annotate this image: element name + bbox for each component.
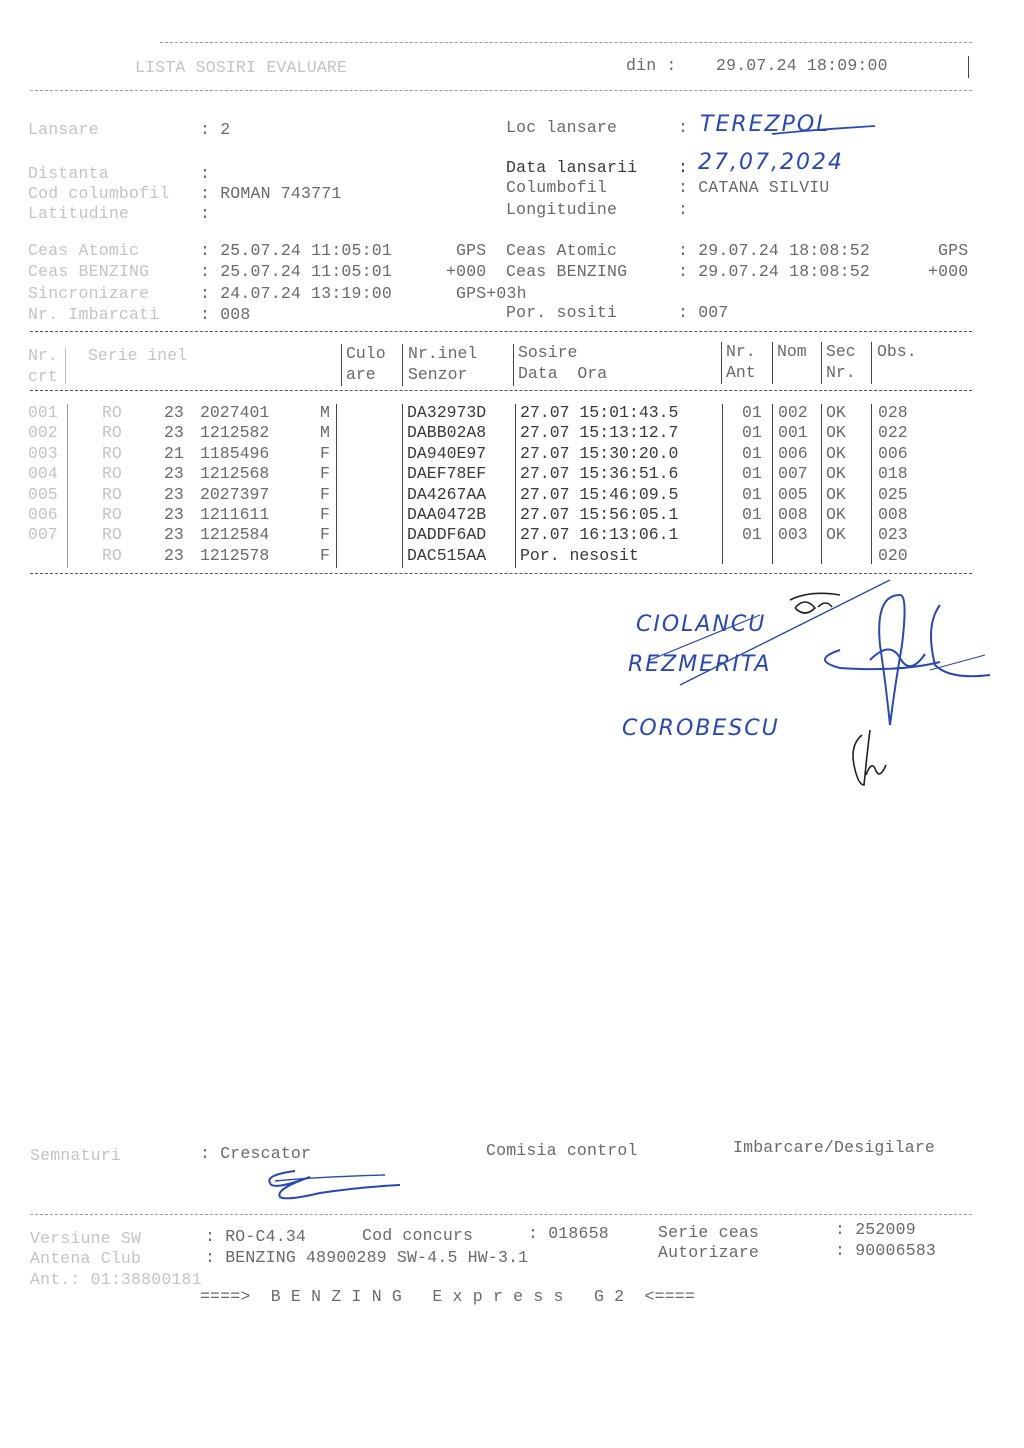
report-title: LISTA SOSIRI EVALUARE [135, 58, 347, 78]
sincronizare-suffix: GPS+03h [456, 284, 527, 304]
header-nr-ant: Nr.Ant [726, 342, 756, 383]
header-top-rule [160, 42, 972, 43]
data-lansarii-colon: : [678, 158, 688, 178]
por-sositi-value: : 007 [678, 303, 729, 323]
nr-imbarcati-value: : 008 [200, 305, 251, 325]
cell-nr: 005 [28, 485, 58, 506]
cell-senzor: DA32973D [407, 403, 486, 424]
columbofil-label: Columbofil [506, 178, 607, 198]
por-sositi-label: Por. sositi [506, 303, 617, 323]
cell-ant: 01 [742, 485, 762, 506]
cell-sex: F [320, 464, 330, 485]
antena-club-label: Antena Club [30, 1249, 141, 1269]
cell-an: 23 [164, 423, 184, 444]
cell-sex: F [320, 505, 330, 526]
crescator-signature-icon [255, 1165, 405, 1200]
lansare-value: : 2 [200, 120, 230, 140]
cell-an: 23 [164, 505, 184, 526]
cell-ant: 01 [742, 423, 762, 444]
cell-tara: RO [102, 423, 122, 444]
cell-ant: 01 [742, 403, 762, 424]
cell-nr: 001 [28, 403, 58, 424]
longitudine-value: : [678, 200, 688, 220]
table-bottom-rule [30, 573, 972, 574]
cell-an: 23 [164, 485, 184, 506]
cell-an: 23 [164, 403, 184, 424]
header-sep [871, 342, 872, 384]
cell-obs: 008 [878, 505, 908, 526]
cell-an: 23 [164, 464, 184, 485]
cell-ant: 01 [742, 444, 762, 465]
header-sec-nr: SecNr. [826, 342, 856, 383]
cell-sosire: 27.07 15:46:09.5 [520, 485, 678, 506]
cell-nr: 004 [28, 464, 58, 485]
header-sep [513, 344, 514, 386]
columbofil-value: : CATANA SILVIU [678, 178, 830, 198]
cell-obs: 006 [878, 444, 908, 465]
antena-id: Ant.: 01:38800181 [30, 1270, 202, 1290]
body-sep [402, 404, 403, 568]
ceas-benzing-start-value: : 25.07.24 11:05:01 [200, 262, 392, 282]
cell-senzor: DAEF78EF [407, 464, 486, 485]
header-sep [65, 348, 66, 384]
header-senzor: Nr.inelSenzor [408, 344, 477, 385]
cell-ant: 01 [742, 505, 762, 526]
cell-senzor: DABB02A8 [407, 423, 486, 444]
ceas-atomic-start-label: Ceas Atomic [28, 241, 139, 261]
loc-lansare-colon: : [678, 118, 688, 138]
cell-senzor: DA940E97 [407, 444, 486, 465]
cell-sosire: 27.07 15:01:43.5 [520, 403, 678, 424]
distanta-label: Distanta [28, 164, 109, 184]
body-sep [821, 404, 822, 564]
cell-sosire: 27.07 15:13:12.7 [520, 423, 678, 444]
body-sep [871, 404, 872, 564]
imbarcare-desigilare-label: Imbarcare/Desigilare [733, 1138, 935, 1158]
cell-tara: RO [102, 525, 122, 546]
ceas-benzing-start-label: Ceas BENZING [28, 262, 149, 282]
autorizare-value: : 90006583 [835, 1241, 936, 1261]
cell-inel: 1212582 [200, 423, 269, 444]
header-nr: Nr.crt [28, 346, 58, 387]
longitudine-label: Longitudine [506, 200, 617, 220]
cell-senzor: DAC515AA [407, 546, 486, 567]
cell-sosire: 27.07 15:30:20.0 [520, 444, 678, 465]
header-sep [821, 342, 822, 384]
table-header-rule [30, 390, 972, 391]
cell-nr: 002 [28, 423, 58, 444]
cell-ant: 01 [742, 464, 762, 485]
cell-sec: OK [826, 485, 846, 506]
din-label: din : [626, 56, 677, 76]
cell-an: 21 [164, 444, 184, 465]
ceas-benzing-end-suffix: +000 [928, 262, 968, 282]
cell-sec: OK [826, 525, 846, 546]
body-sep [67, 404, 68, 568]
cell-sosire: 27.07 15:56:05.1 [520, 505, 678, 526]
cell-inel: 2027397 [200, 485, 269, 506]
cell-sec: OK [826, 464, 846, 485]
cell-nom: 008 [778, 505, 808, 526]
ceas-atomic-end-suffix: GPS [938, 241, 968, 261]
cell-an: 23 [164, 546, 184, 567]
ceas-atomic-end-value: : 29.07.24 18:08:52 [678, 241, 870, 261]
header-obs: Obs. [877, 342, 917, 363]
cell-tara: RO [102, 546, 122, 567]
cell-nr: 003 [28, 444, 58, 465]
header-bottom-rule [30, 90, 972, 91]
header-sosire: SosireData Ora [518, 343, 607, 384]
table-top-rule [30, 331, 972, 332]
cell-sec: OK [826, 423, 846, 444]
cell-senzor: DA4267AA [407, 485, 486, 506]
serie-ceas-value: : 252009 [835, 1220, 916, 1240]
cell-sex: F [320, 525, 330, 546]
cell-tara: RO [102, 444, 122, 465]
ceas-atomic-start-value: : 25.07.24 11:05:01 [200, 241, 392, 261]
cod-columbofil-label: Cod columbofil [28, 184, 169, 204]
header-serie-inel: Serie inel [88, 346, 187, 367]
comisia-control-label: Comisia control [486, 1141, 638, 1161]
cell-nr: 006 [28, 505, 58, 526]
versiune-sw-label: Versiune SW [30, 1229, 141, 1249]
cell-nom: 002 [778, 403, 808, 424]
ceas-benzing-start-suffix: +000 [446, 262, 486, 282]
cell-obs: 023 [878, 525, 908, 546]
latitudine-value: : [200, 204, 210, 224]
header-culoare: Culoare [346, 344, 386, 385]
crescator-label: : Crescator [200, 1144, 311, 1164]
cod-concurs-label: Cod concurs [362, 1226, 473, 1246]
cell-nom: 003 [778, 525, 808, 546]
cell-senzor: DAA0472B [407, 505, 486, 526]
header-sep [721, 342, 722, 384]
lansare-label: Lansare [28, 120, 99, 140]
cell-inel: 1212578 [200, 546, 269, 567]
cell-nom: 007 [778, 464, 808, 485]
header-nom: Nom [777, 342, 807, 363]
cell-ant: 01 [742, 525, 762, 546]
cell-sex: M [320, 403, 330, 424]
cell-inel: 2027401 [200, 403, 269, 424]
cell-obs: 028 [878, 403, 908, 424]
underline-stroke-icon [770, 120, 880, 140]
cell-tara: RO [102, 464, 122, 485]
distanta-value: : [200, 164, 210, 184]
data-lansarii-label: Data lansarii [506, 158, 637, 178]
header-sep [772, 342, 773, 384]
cell-senzor: DADDF6AD [407, 525, 486, 546]
cell-sec: OK [826, 444, 846, 465]
report-datetime: 29.07.24 18:09:00 [716, 56, 888, 76]
body-sep [515, 404, 516, 568]
cell-sex: M [320, 423, 330, 444]
cell-inel: 1185496 [200, 444, 269, 465]
signature-scribbles-icon [640, 575, 1000, 805]
data-lansarii-handwritten: 27,07,2024 [698, 150, 844, 175]
body-sep [336, 404, 337, 568]
ceas-atomic-start-suffix: GPS [456, 241, 486, 261]
cell-obs: 020 [878, 546, 908, 567]
sincronizare-label: Sincronizare [28, 284, 149, 304]
ceas-benzing-end-label: Ceas BENZING [506, 262, 627, 282]
cell-nom: 005 [778, 485, 808, 506]
benzing-banner: ====> B E N Z I N G E x p r e s s G 2 <=… [200, 1287, 695, 1307]
sincronizare-value: : 24.07.24 13:19:00 [200, 284, 392, 304]
cell-sosire: 27.07 15:36:51.6 [520, 464, 678, 485]
cell-tara: RO [102, 403, 122, 424]
footer-top-rule [30, 1214, 972, 1215]
header-right-bar [968, 56, 969, 78]
body-sep [772, 404, 773, 564]
cell-inel: 1212568 [200, 464, 269, 485]
cell-sex: F [320, 444, 330, 465]
cell-sex: F [320, 485, 330, 506]
header-sep [341, 344, 342, 386]
loc-lansare-label: Loc lansare [506, 118, 617, 138]
ceas-benzing-end-value: : 29.07.24 18:08:52 [678, 262, 870, 282]
semnaturi-label: Semnaturi [30, 1146, 121, 1166]
body-sep [722, 404, 723, 564]
header-sep [402, 344, 403, 386]
cell-sec: OK [826, 403, 846, 424]
versiune-sw-value: : RO-C4.34 [205, 1227, 306, 1247]
autorizare-label: Autorizare [658, 1243, 759, 1263]
nr-imbarcati-label: Nr. Imbarcati [28, 305, 159, 325]
cell-tara: RO [102, 505, 122, 526]
cell-obs: 018 [878, 464, 908, 485]
latitudine-label: Latitudine [28, 204, 129, 224]
serie-ceas-label: Serie ceas [658, 1223, 759, 1243]
cod-columbofil-value: : ROMAN 743771 [200, 184, 341, 204]
cell-obs: 025 [878, 485, 908, 506]
cell-sosire: 27.07 16:13:06.1 [520, 525, 678, 546]
cell-obs: 022 [878, 423, 908, 444]
cell-tara: RO [102, 485, 122, 506]
cell-an: 23 [164, 525, 184, 546]
cell-nom: 001 [778, 423, 808, 444]
cod-concurs-value: : 018658 [528, 1224, 609, 1244]
ceas-atomic-end-label: Ceas Atomic [506, 241, 617, 261]
cell-sosire: Por. nesosit [520, 546, 639, 567]
cell-nom: 006 [778, 444, 808, 465]
cell-nr: 007 [28, 525, 58, 546]
antena-club-value: : BENZING 48900289 SW-4.5 HW-3.1 [205, 1248, 528, 1268]
cell-inel: 1211611 [200, 505, 269, 526]
cell-sec: OK [826, 505, 846, 526]
cell-inel: 1212584 [200, 525, 269, 546]
cell-sex: F [320, 546, 330, 567]
